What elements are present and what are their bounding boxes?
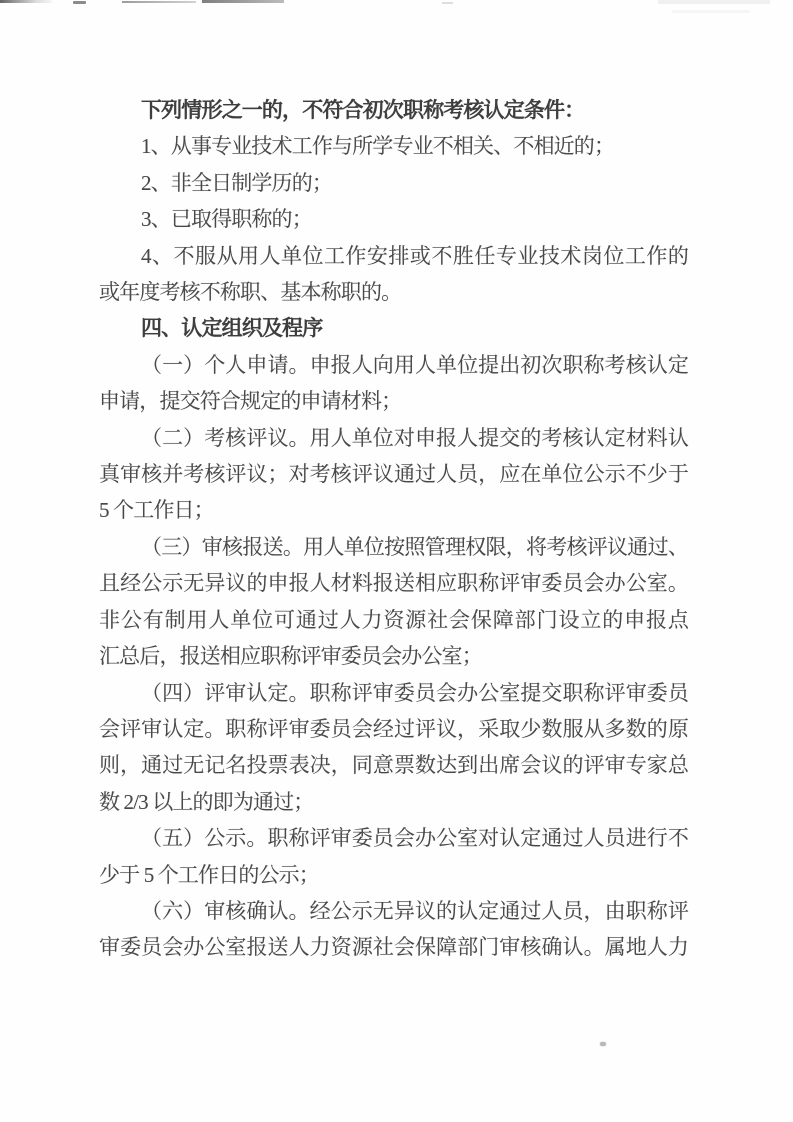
step-6-line-1: （六）审核确认。经公示无异议的认定通过人员，由职称评: [99, 893, 688, 929]
disqualification-item-1: 1、从事专业技术工作与所学专业不相关、不相近的；: [99, 128, 688, 164]
step-4-line-3: 则，通过无记名投票表决，同意票数达到出席会议的评审专家总: [99, 747, 688, 783]
disqualification-heading: 下列情形之一的，不符合初次职称考核认定条件：: [99, 92, 688, 128]
scan-artifact-top-right-smudge: [672, 10, 750, 13]
scan-artifact-top-right-band: [658, 0, 770, 4]
disqualification-item-4-line-1: 4、不服从用人单位工作安排或不胜任专业技术岗位工作的: [99, 238, 688, 274]
document-page: 下列情形之一的，不符合初次职称考核认定条件：1、从事专业技术工作与所学专业不相关…: [0, 0, 793, 1122]
step-5-line-2: 少于 5 个工作日的公示；: [99, 857, 688, 893]
step-4-line-4: 数 2/3 以上的即为通过；: [99, 784, 688, 820]
disqualification-item-4-line-2: 或年度考核不称职、基本称职的。: [99, 274, 688, 310]
step-3-line-1: （三）审核报送。用人单位按照管理权限，将考核评议通过、: [99, 529, 688, 565]
scan-artifact-top-left: [0, 0, 52, 3]
scan-artifact-top-dash-2: [442, 2, 453, 4]
step-3-line-2: 且经公示无异议的申报人材料报送相应职称评审委员会办公室。: [99, 565, 688, 601]
step-5-line-1: （五）公示。职称评审委员会办公室对认定通过人员进行不: [99, 820, 688, 856]
scan-artifact-top-line-2: [202, 0, 284, 3]
step-2-line-2: 真审核并考核评议；对考核评议通过人员，应在单位公示不少于: [99, 456, 688, 492]
step-1-line-1: （一）个人申请。申报人向用人单位提出初次职称考核认定: [99, 347, 688, 383]
section-4-heading: 四、认定组织及程序: [99, 310, 688, 346]
step-6-line-2: 审委员会办公室报送人力资源社会保障部门审核确认。属地人力: [99, 929, 688, 965]
disqualification-item-2: 2、非全日制学历的；: [99, 165, 688, 201]
step-2-line-1: （二）考核评议。用人单位对申报人提交的考核认定材料认: [99, 420, 688, 456]
step-4-line-2: 会评审认定。职称评审委员会经过评议，采取少数服从多数的原: [99, 711, 688, 747]
disqualification-item-3: 3、已取得职称的；: [99, 201, 688, 237]
scan-artifact-top-dash-1: [73, 1, 86, 4]
step-1-line-2: 申请，提交符合规定的申请材料；: [99, 383, 688, 419]
scan-artifact-top-line-1: [122, 1, 196, 3]
step-3-line-4: 汇总后，报送相应职称评审委员会办公室；: [99, 638, 688, 674]
scan-speck-bottom-right: [600, 1042, 606, 1046]
document-body: 下列情形之一的，不符合初次职称考核认定条件：1、从事专业技术工作与所学专业不相关…: [99, 92, 688, 966]
step-4-line-1: （四）评审认定。职称评审委员会办公室提交职称评审委员: [99, 675, 688, 711]
step-2-line-3: 5 个工作日；: [99, 492, 688, 528]
step-3-line-3: 非公有制用人单位可通过人力资源社会保障部门设立的申报点: [99, 602, 688, 638]
